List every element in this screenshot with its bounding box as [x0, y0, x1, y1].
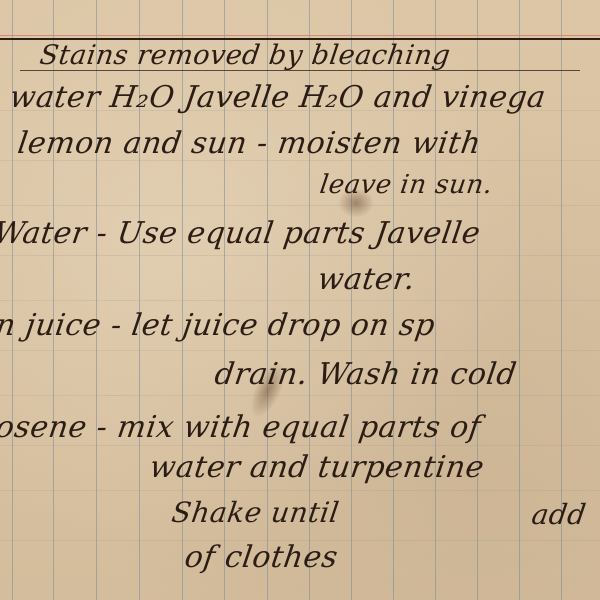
handwritten-line: n juice - let juice drop on sp: [0, 308, 437, 343]
handwritten-line: of clothes: [183, 540, 341, 575]
horizontal-rule: [0, 445, 600, 446]
horizontal-rule: [0, 255, 600, 256]
horizontal-rule: [0, 395, 600, 396]
handwritten-line: lemon and sun - moisten with: [16, 126, 484, 161]
horizontal-rule: [0, 350, 600, 351]
handwritten-line: water H₂O Javelle H₂O and vinega: [8, 80, 549, 115]
handwritten-line: water.: [316, 262, 418, 297]
handwritten-line: water and turpentine: [148, 450, 487, 485]
horizontal-rule: [0, 205, 600, 206]
handwritten-line: Shake until: [170, 496, 342, 529]
horizontal-rule: [0, 300, 600, 301]
horizontal-rule: [0, 490, 600, 491]
notebook-page: Stains removed by bleaching water H₂O Ja…: [0, 0, 600, 600]
handwritten-line: leave in sun.: [318, 170, 495, 200]
handwritten-line: Water - Use equal parts Javelle: [0, 216, 483, 251]
heading-text: Stains removed by bleaching: [38, 40, 453, 71]
red-margin-rule: [0, 35, 600, 36]
handwritten-line: osene - mix with equal parts of: [0, 410, 483, 445]
handwritten-line: add: [530, 498, 589, 531]
handwritten-line: drain. Wash in cold: [213, 357, 519, 392]
